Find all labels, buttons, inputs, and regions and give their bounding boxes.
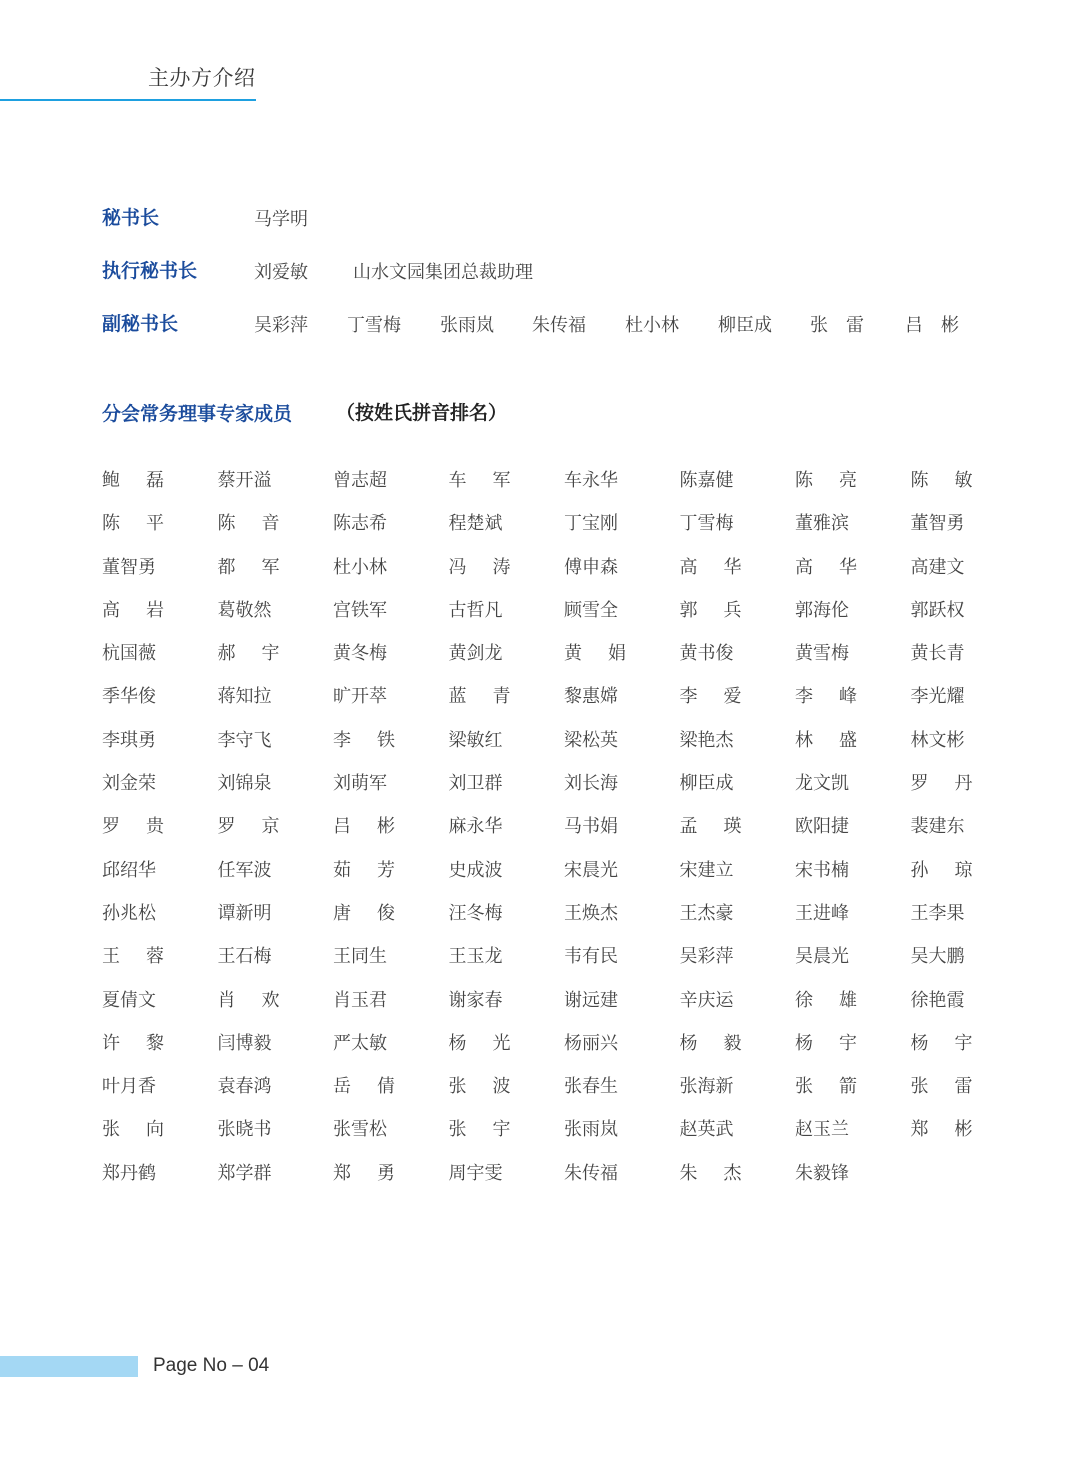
member-name: 鲍磊 <box>102 469 164 512</box>
member-name: 郑学群 <box>218 1162 334 1205</box>
member-name: 郑彬 <box>911 1118 973 1161</box>
member-name: 梁松英 <box>564 729 680 772</box>
member-name: 郝宇 <box>218 642 280 685</box>
member-name-char: 瑛 <box>724 815 742 858</box>
member-name-char: 陈 <box>911 469 929 512</box>
member-name: 刘锦泉 <box>218 772 334 815</box>
member-name: 赵英武 <box>680 1118 796 1161</box>
member-name-char: 黎 <box>146 1032 164 1075</box>
member-name-char: 高 <box>795 556 813 599</box>
member-name: 茹芳 <box>333 859 395 902</box>
member-name: 周宇雯 <box>449 1162 565 1205</box>
officer-title: 山水文园集团总裁助理 <box>353 258 533 284</box>
member-name: 黄书俊 <box>680 642 796 685</box>
member-name: 张雷 <box>911 1075 973 1118</box>
member-name: 马书娟 <box>564 815 680 858</box>
member-name: 高华 <box>680 556 742 599</box>
member-name: 李光耀 <box>911 685 1027 728</box>
member-name-char: 杨 <box>449 1032 467 1075</box>
member-name-char: 杰 <box>724 1162 742 1205</box>
member-name: 李琪勇 <box>102 729 218 772</box>
member-name: 朱杰 <box>680 1162 742 1205</box>
member-name-char: 陈 <box>795 469 813 512</box>
member-name: 汪冬梅 <box>449 902 565 945</box>
member-name-char: 贵 <box>146 815 164 858</box>
member-name: 董智勇 <box>911 512 1027 555</box>
member-name-char: 丹 <box>955 772 973 815</box>
member-name-char: 肖 <box>218 989 236 1032</box>
member-name: 葛敬然 <box>218 599 334 642</box>
member-name: 吴彩萍 <box>680 945 796 988</box>
member-name-char: 罗 <box>911 772 929 815</box>
member-name: 王李果 <box>911 902 1027 945</box>
member-name-char: 郑 <box>911 1118 929 1161</box>
member-name: 黄娟 <box>564 642 626 685</box>
member-name: 蒋知拉 <box>218 685 334 728</box>
member-name-char: 李 <box>333 729 351 772</box>
member-name-char: 鲍 <box>102 469 120 512</box>
member-name-char: 宇 <box>955 1032 973 1075</box>
member-name: 蓝青 <box>449 685 511 728</box>
member-name: 李守飞 <box>218 729 334 772</box>
member-name-char: 芳 <box>377 859 395 902</box>
member-name-char: 欢 <box>262 989 280 1032</box>
member-name: 黄长青 <box>911 642 1027 685</box>
member-name: 陈亮 <box>795 469 857 512</box>
member-name: 谢家春 <box>449 989 565 1032</box>
member-name-char: 孙 <box>911 859 929 902</box>
member-name-char: 吕 <box>333 815 351 858</box>
member-name-char: 郑 <box>333 1162 351 1205</box>
member-name: 朱传福 <box>564 1162 680 1205</box>
member-name: 孙琼 <box>911 859 973 902</box>
member-name: 朱毅锋 <box>795 1162 911 1205</box>
member-name-char: 林 <box>795 729 813 772</box>
member-grid: 鲍磊蔡开溢曾志超车军车永华陈嘉健陈亮陈敏陈平陈音陈志希程楚斌丁宝刚丁雪梅董雅滨董… <box>102 469 1026 1205</box>
member-name: 张晓书 <box>218 1118 334 1161</box>
member-name: 杨宇 <box>911 1032 973 1075</box>
member-name-char: 李 <box>795 685 813 728</box>
officer-name: 杜小林 <box>625 311 679 337</box>
member-name-char: 岳 <box>333 1075 351 1118</box>
member-name: 黎惠嫦 <box>564 685 680 728</box>
member-name-char: 茹 <box>333 859 351 902</box>
member-name-char: 京 <box>262 815 280 858</box>
members-section-title: 分会常务理事专家成员 <box>102 399 292 426</box>
member-name-char: 军 <box>493 469 511 512</box>
member-name: 张宇 <box>449 1118 511 1161</box>
member-name: 李爱 <box>680 685 742 728</box>
member-name-char: 张 <box>795 1075 813 1118</box>
member-name: 杨丽兴 <box>564 1032 680 1075</box>
member-name: 刘金荣 <box>102 772 218 815</box>
member-name-char: 杨 <box>911 1032 929 1075</box>
member-name: 车永华 <box>564 469 680 512</box>
member-name: 高岩 <box>102 599 164 642</box>
member-name-char: 宇 <box>262 642 280 685</box>
member-name-char: 李 <box>680 685 698 728</box>
member-name-char: 张 <box>102 1118 120 1161</box>
member-name: 罗京 <box>218 815 280 858</box>
member-name: 严太敏 <box>333 1032 449 1075</box>
member-name: 王玉龙 <box>449 945 565 988</box>
member-name: 刘萌军 <box>333 772 449 815</box>
member-name: 陈音 <box>218 512 280 555</box>
member-name: 叶月香 <box>102 1075 218 1118</box>
member-name: 谢远建 <box>564 989 680 1032</box>
member-name: 赵玉兰 <box>795 1118 911 1161</box>
member-name: 宋书楠 <box>795 859 911 902</box>
page-title: 主办方介绍 <box>148 62 256 92</box>
member-name-char: 光 <box>493 1032 511 1075</box>
member-name-char: 俊 <box>377 902 395 945</box>
member-name-char: 高 <box>680 556 698 599</box>
member-name-char: 铁 <box>377 729 395 772</box>
officer-name: 张 雷 <box>810 311 864 337</box>
member-name: 曾志超 <box>333 469 449 512</box>
member-name-char: 向 <box>146 1118 164 1161</box>
member-name: 杭国薇 <box>102 642 218 685</box>
member-name: 张雨岚 <box>564 1118 680 1161</box>
member-name: 麻永华 <box>449 815 565 858</box>
member-name: 岳倩 <box>333 1075 395 1118</box>
members-section-note: （按姓氏拼音排名） <box>336 398 507 425</box>
member-name: 任军波 <box>218 859 334 902</box>
member-name: 张海新 <box>680 1075 796 1118</box>
member-name: 林文彬 <box>911 729 1027 772</box>
member-name-char: 平 <box>146 512 164 555</box>
member-name: 夏倩文 <box>102 989 218 1032</box>
member-name-char: 都 <box>218 556 236 599</box>
member-name: 唐俊 <box>333 902 395 945</box>
officer-name: 刘爱敏 <box>254 258 308 284</box>
member-name-char: 张 <box>911 1075 929 1118</box>
member-name: 陈敏 <box>911 469 973 512</box>
officer-name: 张雨岚 <box>440 311 494 337</box>
member-name: 柳臣成 <box>680 772 796 815</box>
officer-label: 副秘书长 <box>102 309 178 336</box>
member-name-char: 孟 <box>680 815 698 858</box>
member-name: 张向 <box>102 1118 164 1161</box>
member-name-char: 爱 <box>724 685 742 728</box>
member-name-char: 蓝 <box>449 685 467 728</box>
member-name: 肖玉君 <box>333 989 449 1032</box>
member-name: 黄雪梅 <box>795 642 911 685</box>
footer-accent-bar <box>0 1356 138 1377</box>
member-name: 黄冬梅 <box>333 642 449 685</box>
member-name: 旷开萃 <box>333 685 449 728</box>
member-name: 都军 <box>218 556 280 599</box>
member-name-char: 青 <box>493 685 511 728</box>
member-name-char: 波 <box>493 1075 511 1118</box>
member-name-char: 涛 <box>493 556 511 599</box>
member-name: 张波 <box>449 1075 511 1118</box>
member-name: 龙文凯 <box>795 772 911 815</box>
member-name-char: 军 <box>262 556 280 599</box>
member-name-char: 杨 <box>795 1032 813 1075</box>
member-name-char: 唐 <box>333 902 351 945</box>
member-name: 张春生 <box>564 1075 680 1118</box>
member-name: 顾雪全 <box>564 599 680 642</box>
member-name: 刘卫群 <box>449 772 565 815</box>
officer-name: 吕 彬 <box>905 311 959 337</box>
member-name-char: 岩 <box>146 599 164 642</box>
member-name-char: 箭 <box>839 1075 857 1118</box>
member-name-char: 罗 <box>218 815 236 858</box>
officer-name: 吴彩萍 <box>254 311 308 337</box>
member-name: 陈志希 <box>333 512 449 555</box>
member-name: 李峰 <box>795 685 857 728</box>
member-name: 蔡开溢 <box>218 469 334 512</box>
member-name: 高建文 <box>911 556 1027 599</box>
member-name-char: 宇 <box>839 1032 857 1075</box>
page-number: Page No – 04 <box>153 1355 269 1377</box>
member-name-char: 毅 <box>724 1032 742 1075</box>
member-name: 史成波 <box>449 859 565 902</box>
member-name: 梁艳杰 <box>680 729 796 772</box>
member-name: 杨光 <box>449 1032 511 1075</box>
member-name: 孙兆松 <box>102 902 218 945</box>
member-name: 黄剑龙 <box>449 642 565 685</box>
member-name: 肖欢 <box>218 989 280 1032</box>
member-name-char: 磊 <box>146 469 164 512</box>
member-name: 郭兵 <box>680 599 742 642</box>
member-name-char: 彬 <box>377 815 395 858</box>
officer-name: 丁雪梅 <box>347 311 401 337</box>
member-name-char: 张 <box>449 1118 467 1161</box>
member-name: 王进峰 <box>795 902 911 945</box>
member-name-char: 许 <box>102 1032 120 1075</box>
member-name-char: 亮 <box>839 469 857 512</box>
member-name-char: 倩 <box>377 1075 395 1118</box>
member-name-char: 高 <box>102 599 120 642</box>
member-name: 杨毅 <box>680 1032 742 1075</box>
member-name: 郭跃权 <box>911 599 1027 642</box>
member-name-char: 黄 <box>564 642 582 685</box>
member-name: 陈平 <box>102 512 164 555</box>
member-name: 张雪松 <box>333 1118 449 1161</box>
member-name-char: 雄 <box>839 989 857 1032</box>
officer-label: 执行秘书长 <box>102 256 197 283</box>
member-name: 闫博毅 <box>218 1032 334 1075</box>
member-name: 高华 <box>795 556 857 599</box>
member-name-char: 琼 <box>955 859 973 902</box>
member-name-char: 华 <box>839 556 857 599</box>
member-name: 程楚斌 <box>449 512 565 555</box>
member-name-char: 郭 <box>680 599 698 642</box>
member-name-char: 彬 <box>955 1118 973 1161</box>
member-name: 古哲凡 <box>449 599 565 642</box>
member-name: 孟瑛 <box>680 815 742 858</box>
member-name: 季华俊 <box>102 685 218 728</box>
member-name: 裴建东 <box>911 815 1027 858</box>
member-name-char: 车 <box>449 469 467 512</box>
member-name: 王同生 <box>333 945 449 988</box>
member-name-char: 陈 <box>218 512 236 555</box>
member-name: 徐雄 <box>795 989 857 1032</box>
officer-label: 秘书长 <box>102 203 159 230</box>
header-divider <box>0 99 256 101</box>
member-name-char: 蓉 <box>146 945 164 988</box>
member-name: 傅申森 <box>564 556 680 599</box>
member-name: 梁敏红 <box>449 729 565 772</box>
officer-name: 朱传福 <box>532 311 586 337</box>
member-name: 董雅滨 <box>795 512 911 555</box>
member-name-char: 郝 <box>218 642 236 685</box>
member-name-char: 张 <box>449 1075 467 1118</box>
member-name-char: 罗 <box>102 815 120 858</box>
officer-name: 马学明 <box>254 205 308 231</box>
member-name: 王焕杰 <box>564 902 680 945</box>
member-name-char: 音 <box>262 512 280 555</box>
member-name: 李铁 <box>333 729 395 772</box>
member-name: 杜小林 <box>333 556 449 599</box>
member-name: 韦有民 <box>564 945 680 988</box>
member-name: 丁宝刚 <box>564 512 680 555</box>
member-name: 宋晨光 <box>564 859 680 902</box>
member-name: 刘长海 <box>564 772 680 815</box>
member-name: 许黎 <box>102 1032 164 1075</box>
member-name: 郑丹鹤 <box>102 1162 218 1205</box>
member-name: 邱绍华 <box>102 859 218 902</box>
member-name: 罗贵 <box>102 815 164 858</box>
member-name: 谭新明 <box>218 902 334 945</box>
member-name-char: 朱 <box>680 1162 698 1205</box>
member-name: 郭海伦 <box>795 599 911 642</box>
officer-name: 柳臣成 <box>718 311 772 337</box>
member-name: 吕彬 <box>333 815 395 858</box>
member-name: 宋建立 <box>680 859 796 902</box>
member-name: 张箭 <box>795 1075 857 1118</box>
member-name-char: 华 <box>724 556 742 599</box>
member-name: 杨宇 <box>795 1032 857 1075</box>
member-name: 郑勇 <box>333 1162 395 1205</box>
member-name-char: 峰 <box>839 685 857 728</box>
member-name-char: 盛 <box>839 729 857 772</box>
member-name: 王杰豪 <box>680 902 796 945</box>
member-name-char: 杨 <box>680 1032 698 1075</box>
member-name-char: 陈 <box>102 512 120 555</box>
member-name: 董智勇 <box>102 556 218 599</box>
member-name-char: 王 <box>102 945 120 988</box>
member-name: 林盛 <box>795 729 857 772</box>
member-name-char: 雷 <box>955 1075 973 1118</box>
member-name: 丁雪梅 <box>680 512 796 555</box>
member-name: 辛庆运 <box>680 989 796 1032</box>
member-name-char: 勇 <box>377 1162 395 1205</box>
member-name-char: 兵 <box>724 599 742 642</box>
member-name-char: 冯 <box>449 556 467 599</box>
member-name: 王石梅 <box>218 945 334 988</box>
member-name: 车军 <box>449 469 511 512</box>
member-name: 吴大鹏 <box>911 945 1027 988</box>
member-name: 袁春鸿 <box>218 1075 334 1118</box>
member-name-char: 徐 <box>795 989 813 1032</box>
member-name: 冯涛 <box>449 556 511 599</box>
member-name: 欧阳捷 <box>795 815 911 858</box>
member-name: 罗丹 <box>911 772 973 815</box>
member-name-char: 敏 <box>955 469 973 512</box>
member-name-char: 娟 <box>608 642 626 685</box>
member-name: 徐艳霞 <box>911 989 1027 1032</box>
member-name: 吴晨光 <box>795 945 911 988</box>
member-name: 王蓉 <box>102 945 164 988</box>
member-name: 陈嘉健 <box>680 469 796 512</box>
member-name-char: 宇 <box>493 1118 511 1161</box>
member-name: 宫铁军 <box>333 599 449 642</box>
